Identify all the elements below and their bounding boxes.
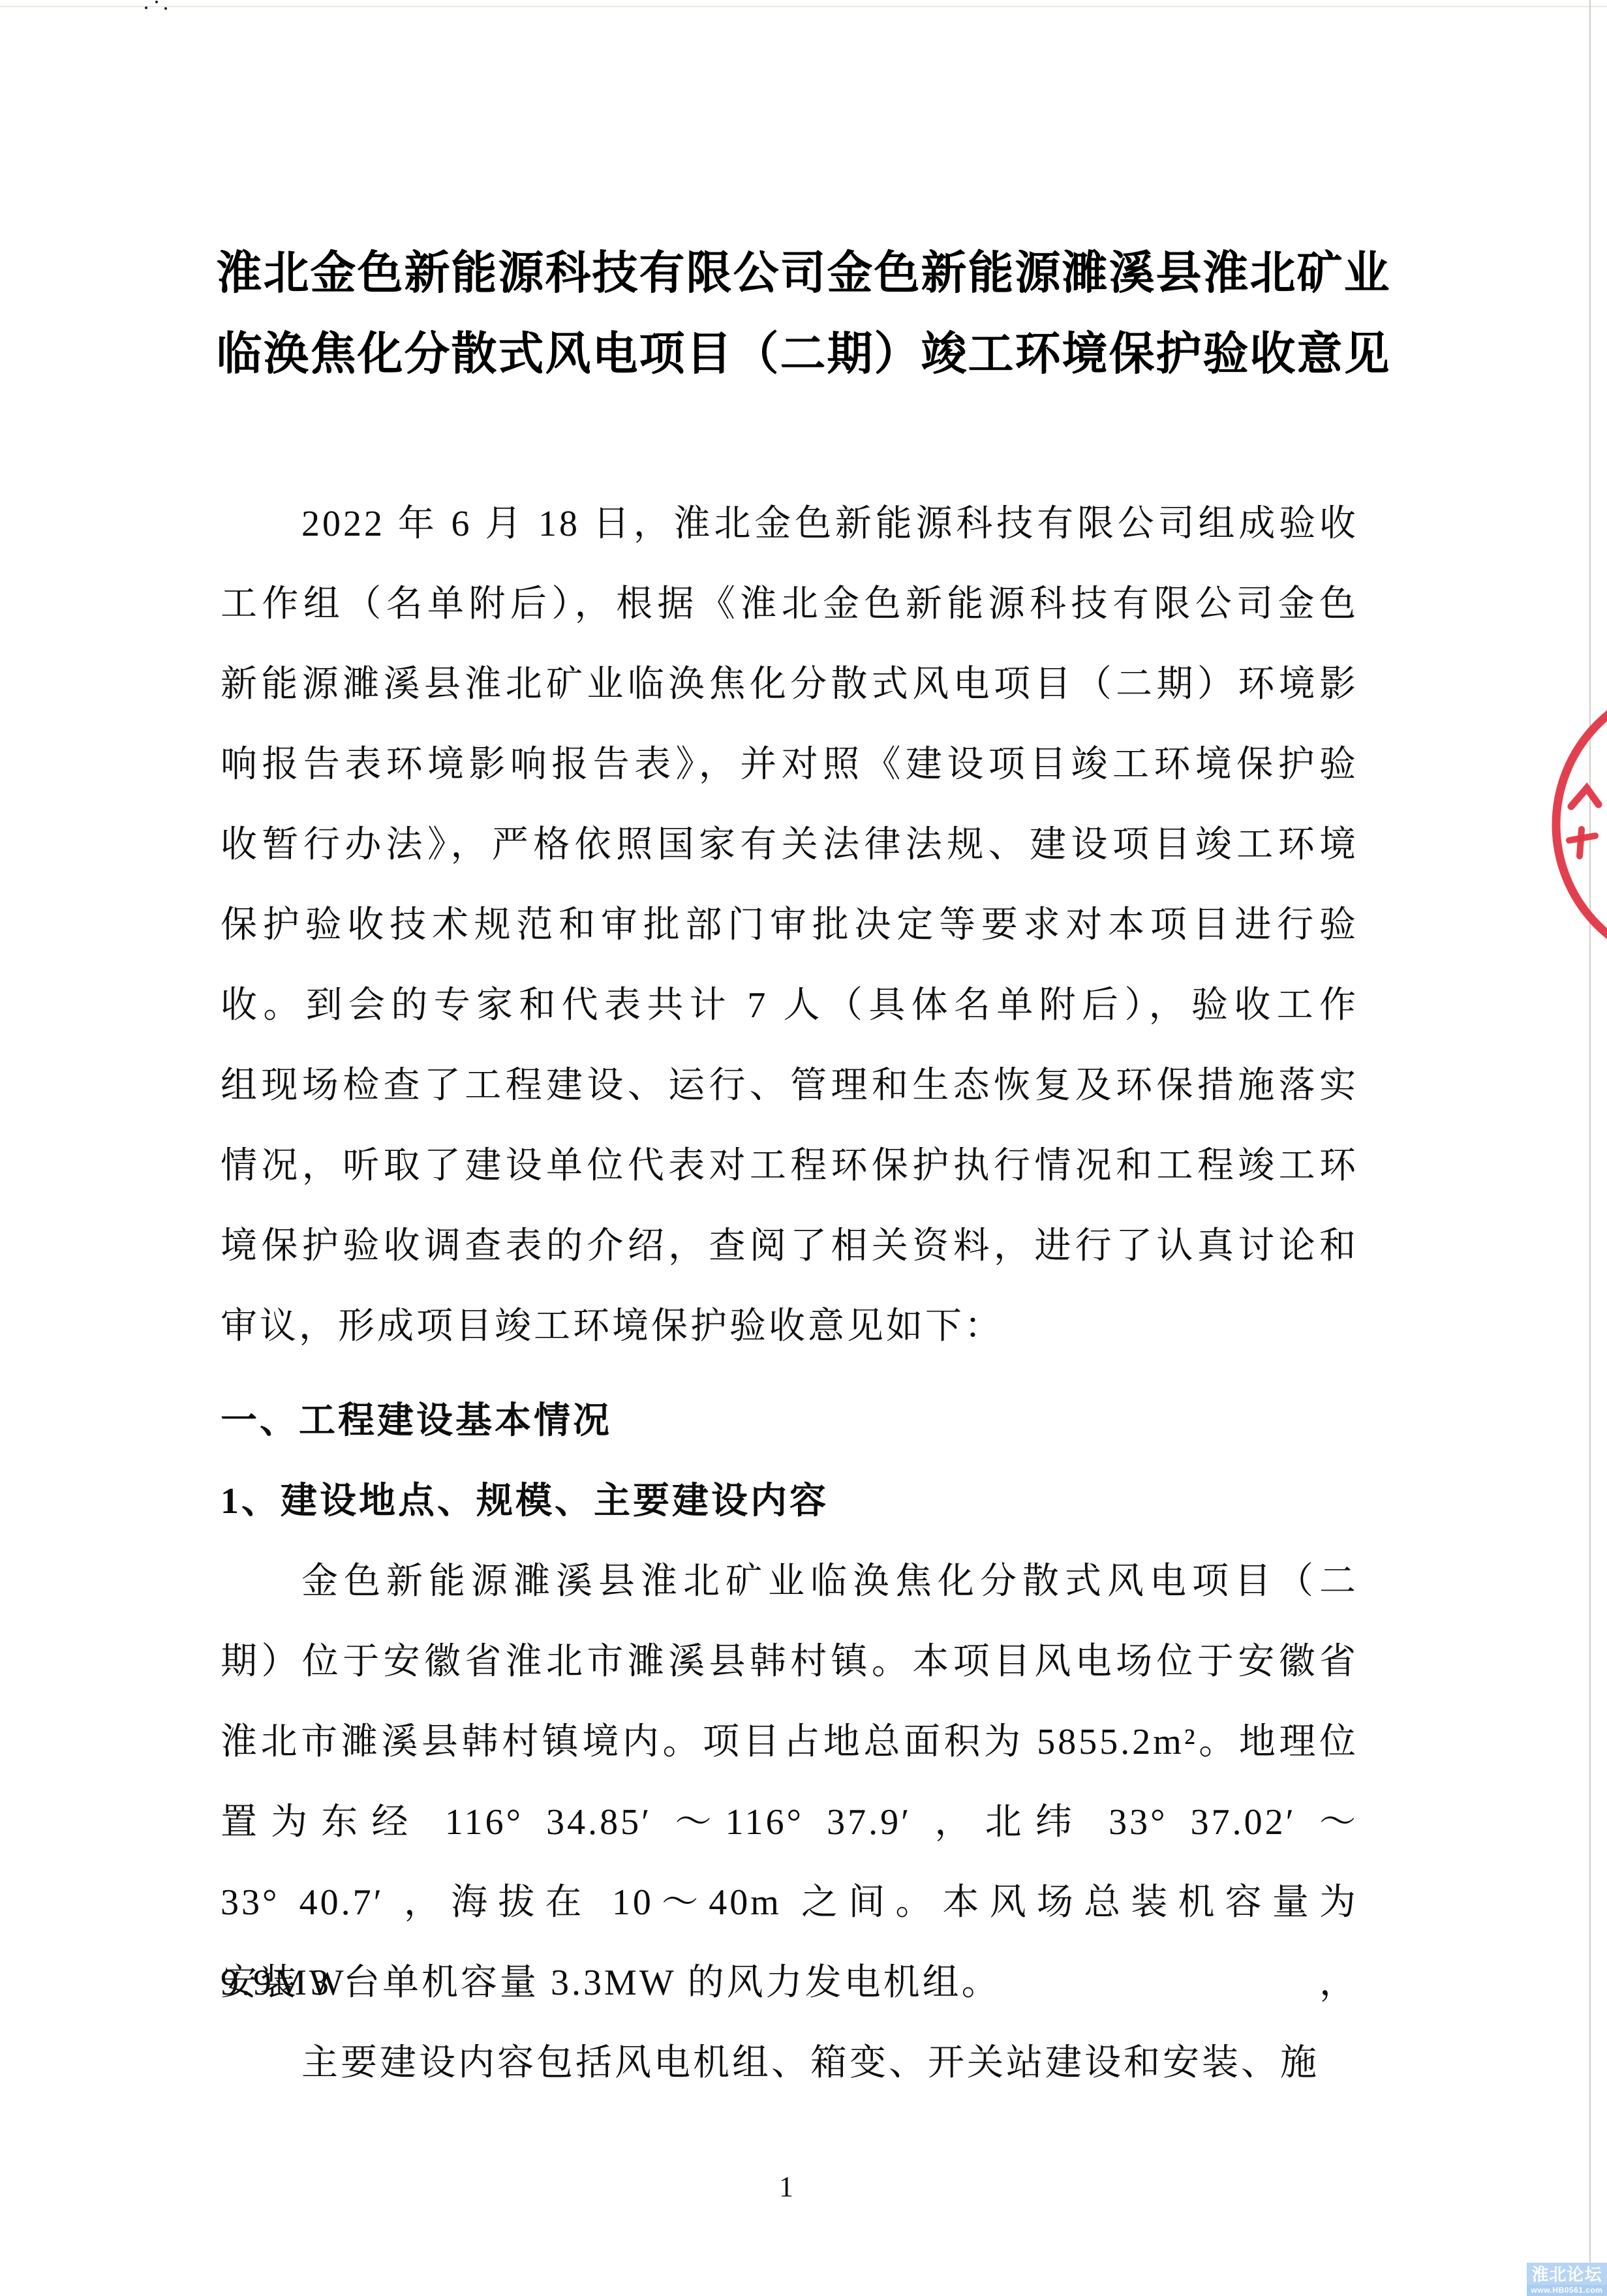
section-heading: 一、工程建设基本情况	[221, 1381, 1358, 1462]
paragraph-line: 情况，听取了建设单位代表对工程环保护执行情况和工程竣工环	[221, 1126, 1358, 1206]
paragraph-line: 淮北市濉溪县韩村镇境内。项目占地总面积为 5855.2m²。地理位	[221, 1702, 1358, 1783]
paragraph-line: 33° 40.7′ ，海拔在 10～40m 之间。本风场总装机容量为 9.9MW…	[221, 1863, 1358, 1943]
paragraph-line: 主要建设内容包括风电机组、箱变、开关站建设和安装、施	[221, 2023, 1358, 2104]
paragraph-line: 期）位于安徽省淮北市濉溪县韩村镇。本项目风电场位于安徽省	[221, 1622, 1358, 1702]
paragraph-line: 保护验收技术规范和审批部门审批决定等要求对本项目进行验	[221, 885, 1358, 966]
scan-speck	[145, 7, 147, 9]
paragraph-line: 工作组（名单附后），根据《淮北金色新能源科技有限公司金色	[221, 564, 1358, 645]
paragraph-line: 2022 年 6 月 18 日，淮北金色新能源科技有限公司组成验收	[221, 484, 1358, 564]
paragraph-line: 置为东经 116° 34.85′ ～116° 37.9′ ，北纬 33° 37.…	[221, 1783, 1358, 1863]
page-number: 1	[0, 2167, 1572, 2207]
document-title-line: 临涣焦化分散式风电项目（二期）竣工环境保护验收意见	[0, 313, 1607, 394]
paragraph-line: 收暂行办法》，严格依照国家有关法律法规、建设项目竣工环境	[221, 805, 1358, 885]
paragraph-line: 金色新能源濉溪县淮北矿业临涣焦化分散式风电项目（二	[221, 1542, 1358, 1622]
scan-top-edge-line	[0, 6, 1607, 7]
official-seal-partial-icon	[1496, 685, 1607, 966]
document-title: 淮北金色新能源科技有限公司金色新能源濉溪县淮北矿业 临涣焦化分散式风电项目（二期…	[0, 232, 1607, 394]
paragraph-line: 境保护验收调查表的介绍，查阅了相关资料，进行了认真讨论和	[221, 1206, 1358, 1287]
watermark-site-url: www.HB0561.com	[1527, 2285, 1607, 2296]
scanned-document-page: 淮北金色新能源科技有限公司金色新能源濉溪县淮北矿业 临涣焦化分散式风电项目（二期…	[0, 0, 1607, 2296]
section-sub-heading: 1、建设地点、规模、主要建设内容	[221, 1462, 1358, 1542]
paragraph-line: 收。到会的专家和代表共计 7 人（具体名单附后），验收工作	[221, 966, 1358, 1046]
scan-speck	[164, 7, 167, 10]
watermark-site-name: 淮北论坛	[1527, 2263, 1607, 2285]
paragraph-line: 新能源濉溪县淮北矿业临涣焦化分散式风电项目（二期）环境影	[221, 645, 1358, 725]
paragraph-line: 响报告表环境影响报告表》，并对照《建设项目竣工环境保护验	[221, 725, 1358, 805]
paragraph-line: 审议，形成项目竣工环境保护验收意见如下：	[221, 1287, 1358, 1367]
scan-speck	[155, 1, 158, 3]
document-title-line: 淮北金色新能源科技有限公司金色新能源濉溪县淮北矿业	[0, 232, 1607, 313]
forum-watermark: 淮北论坛 www.HB0561.com	[1527, 2263, 1607, 2296]
document-body: 2022 年 6 月 18 日，淮北金色新能源科技有限公司组成验收 工作组（名单…	[221, 484, 1358, 2104]
paragraph-line: 组现场检查了工程建设、运行、管理和生态恢复及环保措施落实	[221, 1046, 1358, 1126]
